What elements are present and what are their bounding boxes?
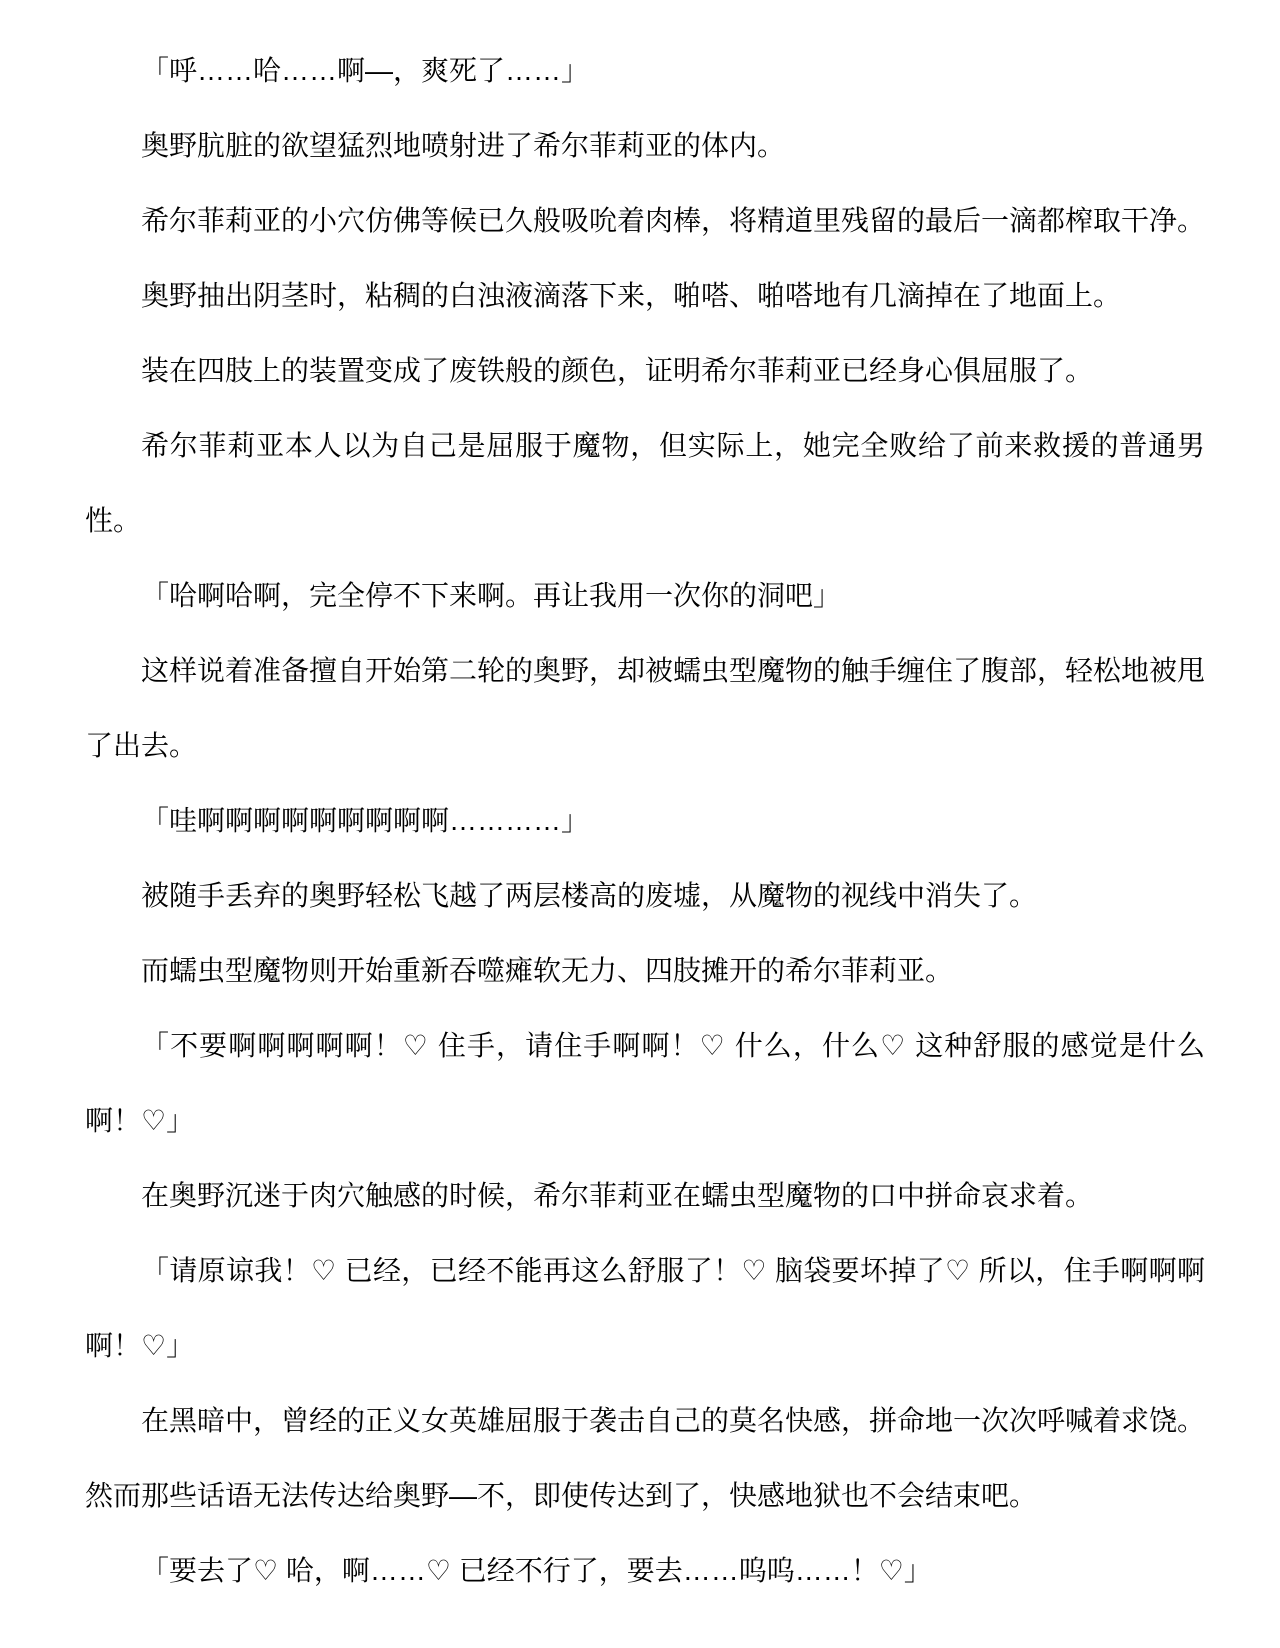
paragraph-narration: 装在四肢上的装置变成了废铁般的颜色，证明希尔菲莉亚已经身心俱屈服了。 — [85, 333, 1205, 408]
paragraph-narration: 奥野肮脏的欲望猛烈地喷射进了希尔菲莉亚的体内。 — [85, 108, 1205, 183]
paragraph-narration: 在黑暗中，曾经的正义女英雄屈服于袭击自己的莫名快感，拼命地一次次呼喊着求饶。然而… — [85, 1383, 1205, 1533]
paragraph-narration: 希尔菲莉亚本人以为自己是屈服于魔物，但实际上，她完全败给了前来救援的普通男性。 — [85, 408, 1205, 558]
paragraph-dialogue: 「哈啊哈啊，完全停不下来啊。再让我用一次你的洞吧」 — [85, 558, 1205, 633]
story-text-body: 「呼……哈……啊—，爽死了……」 奥野肮脏的欲望猛烈地喷射进了希尔菲莉亚的体内。… — [85, 33, 1205, 1608]
paragraph-narration: 希尔菲莉亚的小穴仿佛等候已久般吸吮着肉棒，将精道里残留的最后一滴都榨取干净。 — [85, 183, 1205, 258]
paragraph-narration: 被随手丢弃的奥野轻松飞越了两层楼高的废墟，从魔物的视线中消失了。 — [85, 858, 1205, 933]
paragraph-dialogue: 「哇啊啊啊啊啊啊啊啊啊…………」 — [85, 783, 1205, 858]
paragraph-dialogue: 「呼……哈……啊—，爽死了……」 — [85, 33, 1205, 108]
paragraph-narration: 在奥野沉迷于肉穴触感的时候，希尔菲莉亚在蠕虫型魔物的口中拼命哀求着。 — [85, 1158, 1205, 1233]
paragraph-dialogue: 「请原谅我！♡ 已经，已经不能再这么舒服了！♡ 脑袋要坏掉了♡ 所以，住手啊啊啊… — [85, 1233, 1205, 1383]
document-page: 「呼……哈……啊—，爽死了……」 奥野肮脏的欲望猛烈地喷射进了希尔菲莉亚的体内。… — [0, 0, 1280, 1648]
paragraph-narration: 而蠕虫型魔物则开始重新吞噬瘫软无力、四肢摊开的希尔菲莉亚。 — [85, 933, 1205, 1008]
paragraph-narration: 这样说着准备擅自开始第二轮的奥野，却被蠕虫型魔物的触手缠住了腹部，轻松地被甩了出… — [85, 633, 1205, 783]
paragraph-narration: 奥野抽出阴茎时，粘稠的白浊液滴落下来，啪嗒、啪嗒地有几滴掉在了地面上。 — [85, 258, 1205, 333]
paragraph-dialogue: 「不要啊啊啊啊啊！♡ 住手，请住手啊啊！♡ 什么，什么♡ 这种舒服的感觉是什么啊… — [85, 1008, 1205, 1158]
paragraph-dialogue: 「要去了♡ 哈，啊……♡ 已经不行了，要去……呜呜……！♡」 — [85, 1533, 1205, 1608]
